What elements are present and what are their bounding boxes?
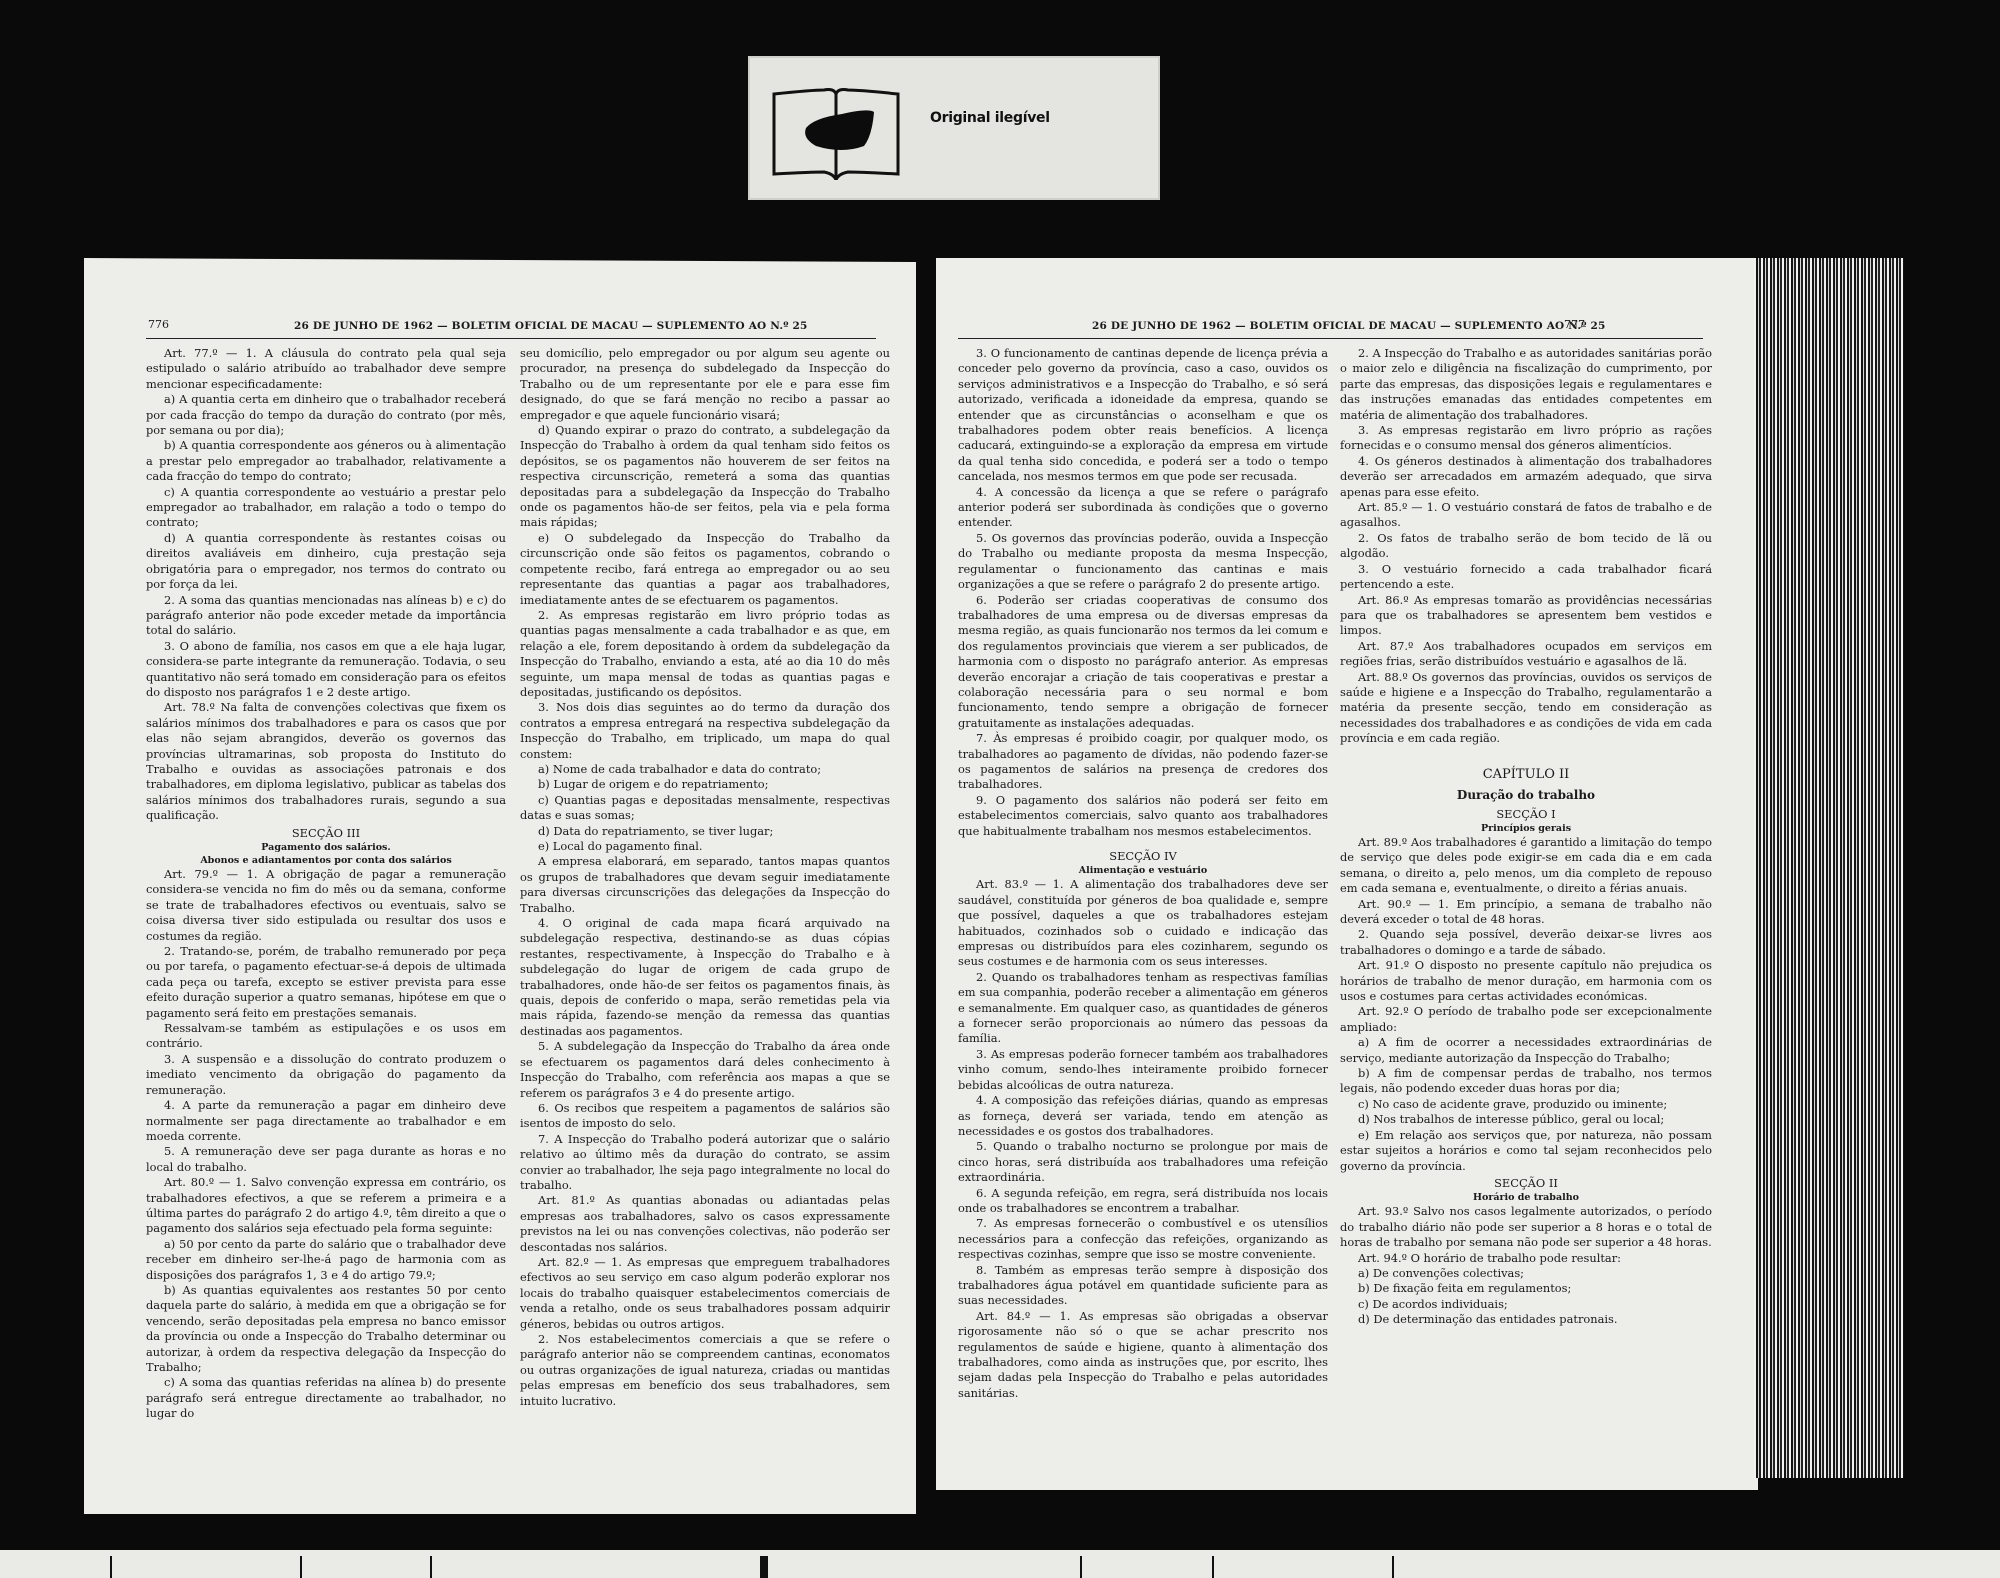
paragraph: Art. 90.º — 1. Em princípio, a semana de… (1340, 897, 1712, 928)
paragraph: a) 50 por cento da parte do salário que … (146, 1237, 506, 1283)
paragraph: Art. 87.º Aos trabalhadores ocupados em … (1340, 639, 1712, 670)
paragraph: Art. 88.º Os governos das províncias, ou… (1340, 670, 1712, 747)
chapter-heading: CAPÍTULO II (1340, 765, 1712, 785)
paragraph: 4. A concessão da licença a que se refer… (958, 485, 1328, 531)
section-subtitle: Princípios gerais (1340, 822, 1712, 835)
paragraph: 2. Nos estabelecimentos comerciais a que… (520, 1332, 890, 1409)
header-rule (958, 338, 1703, 339)
paragraph: 9. O pagamento dos salários não poderá s… (958, 793, 1328, 839)
paragraph: 3. As empresas poderão fornecer também a… (958, 1047, 1328, 1093)
paragraph: 2. Quando seja possível, deverão deixar-… (1340, 927, 1712, 958)
paragraph: d) Data do repatriamento, se tiver lugar… (520, 824, 890, 839)
paragraph: 2. Os fatos de trabalho serão de bom tec… (1340, 531, 1712, 562)
spacer (958, 839, 1328, 847)
paragraph: b) A fim de compensar perdas de trabalho… (1340, 1066, 1712, 1097)
paragraph: d) A quantia correspondente às restantes… (146, 531, 506, 593)
paragraph: b) A quantia correspondente aos géneros … (146, 438, 506, 484)
right-page: 26 DE JUNHO DE 1962 — BOLETIM OFICIAL DE… (936, 258, 1758, 1490)
paragraph: Art. 89.º Aos trabalhadores é garantido … (1340, 835, 1712, 897)
paragraph: d) Quando expirar o prazo do contrato, a… (520, 423, 890, 531)
paragraph: 2. A Inspecção do Trabalho e as autorida… (1340, 346, 1712, 423)
paragraph: 2. As empresas registarão em livro própr… (520, 608, 890, 700)
paragraph: e) Local do pagamento final. (520, 839, 890, 854)
open-book-with-blot-icon (772, 88, 900, 180)
paragraph: b) De fixação feita em regulamentos; (1340, 1281, 1712, 1296)
paragraph: Ressalvam-se também as estipulações e os… (146, 1021, 506, 1052)
paragraph: 3. O abono de família, nos casos em que … (146, 639, 506, 701)
paragraph: seu domicílio, pelo empregador ou por al… (520, 346, 890, 423)
section-subtitle: Abonos e adiantamentos por conta dos sal… (146, 854, 506, 867)
paragraph: c) A soma das quantias referidas na alín… (146, 1375, 506, 1421)
paragraph: 5. A remuneração deve ser paga durante a… (146, 1144, 506, 1175)
paragraph: c) No caso de acidente grave, produzido … (1340, 1097, 1712, 1112)
paragraph: Art. 86.º As empresas tomarão as providê… (1340, 593, 1712, 639)
film-strip-marks (0, 1550, 2000, 1578)
paragraph: Art. 91.º O disposto no presente capítul… (1340, 958, 1712, 1004)
paragraph: 4. A composição das refeições diárias, q… (958, 1093, 1328, 1139)
column-1: Art. 77.º — 1. A cláusula do contrato pe… (146, 346, 506, 1422)
paragraph: d) De determinação das entidades patrona… (1340, 1312, 1712, 1327)
paragraph: 3. Nos dois dias seguintes ao do termo d… (520, 700, 890, 762)
paragraph: d) Nos trabalhos de interesse público, g… (1340, 1112, 1712, 1127)
section-heading: SECÇÃO II (1340, 1176, 1712, 1191)
page-number: 776 (148, 318, 169, 331)
column-2: seu domicílio, pelo empregador ou por al… (520, 346, 890, 1409)
section-subtitle: Pagamento dos salários. (146, 841, 506, 854)
paragraph: Art. 84.º — 1. As empresas são obrigadas… (958, 1309, 1328, 1401)
paragraph: c) A quantia correspondente ao vestuário… (146, 485, 506, 531)
paragraph: A empresa elaborará, em separado, tantos… (520, 854, 890, 916)
paragraph: c) De acordos individuais; (1340, 1297, 1712, 1312)
page-edges (1754, 258, 1904, 1478)
paragraph: e) Em relação aos serviços que, por natu… (1340, 1128, 1712, 1174)
paragraph: a) Nome de cada trabalhador e data do co… (520, 762, 890, 777)
chapter-subtitle: Duração do trabalho (1340, 785, 1712, 805)
paragraph: 4. O original de cada mapa ficará arquiv… (520, 916, 890, 1039)
page-number: 777 (1564, 318, 1585, 331)
paragraph: 5. Quando o trabalho nocturno se prolong… (958, 1139, 1328, 1185)
paragraph: 6. A segunda refeição, em regra, será di… (958, 1186, 1328, 1217)
paragraph: Art. 82.º — 1. As empresas que empreguem… (520, 1255, 890, 1332)
paragraph: 3. As empresas registarão em livro própr… (1340, 423, 1712, 454)
column-2: 2. A Inspecção do Trabalho e as autorida… (1340, 346, 1712, 1328)
gutter (916, 258, 936, 1514)
paragraph: Art. 85.º — 1. O vestuário constará de f… (1340, 500, 1712, 531)
section-heading: SECÇÃO III (146, 826, 506, 841)
paragraph: 3. O vestuário fornecido a cada trabalha… (1340, 562, 1712, 593)
paragraph: 5. Os governos das províncias poderão, o… (958, 531, 1328, 593)
paragraph: Art. 81.º As quantias abonadas ou adiant… (520, 1193, 890, 1255)
paragraph: a) De convenções colectivas; (1340, 1266, 1712, 1281)
paragraph: Art. 79.º — 1. A obrigação de pagar a re… (146, 867, 506, 944)
running-head: 26 DE JUNHO DE 1962 — BOLETIM OFICIAL DE… (294, 320, 808, 332)
header-rule (146, 338, 876, 339)
paragraph: 4. A parte da remuneração a pagar em din… (146, 1098, 506, 1144)
paragraph: 6. Os recibos que respeitem a pagamentos… (520, 1101, 890, 1132)
paragraph: 7. A Inspecção do Trabalho poderá autori… (520, 1132, 890, 1194)
paragraph: Art. 83.º — 1. A alimentação dos trabalh… (958, 877, 1328, 969)
running-head: 26 DE JUNHO DE 1962 — BOLETIM OFICIAL DE… (1092, 320, 1606, 332)
paragraph: b) As quantias equivalentes aos restante… (146, 1283, 506, 1375)
left-page: 776 26 DE JUNHO DE 1962 — BOLETIM OFICIA… (84, 258, 916, 1514)
paragraph: Art. 80.º — 1. Salvo convenção expressa … (146, 1175, 506, 1237)
paragraph: Art. 94.º O horário de trabalho pode res… (1340, 1251, 1712, 1266)
section-subtitle: Alimentação e vestuário (958, 864, 1328, 877)
paragraph: e) O subdelegado da Inspecção do Trabalh… (520, 531, 890, 608)
book-spread: 776 26 DE JUNHO DE 1962 — BOLETIM OFICIA… (84, 258, 1904, 1514)
paragraph: a) A quantia certa em dinheiro que o tra… (146, 392, 506, 438)
paragraph: b) Lugar de origem e do repatriamento; (520, 777, 890, 792)
paragraph: 5. A subdelegação da Inspecção do Trabal… (520, 1039, 890, 1101)
paragraph: 7. As empresas fornecerão o combustível … (958, 1216, 1328, 1262)
paragraph: 2. Tratando-se, porém, de trabalho remun… (146, 944, 506, 1021)
paragraph: 8. Também as empresas terão sempre à dis… (958, 1263, 1328, 1309)
section-subtitle: Horário de trabalho (1340, 1191, 1712, 1204)
paragraph: 3. O funcionamento de cantinas depende d… (958, 346, 1328, 485)
paragraph: 6. Poderão ser criadas cooperativas de c… (958, 593, 1328, 732)
section-heading: SECÇÃO IV (958, 849, 1328, 864)
paragraph: 7. Às empresas é proibido coagir, por qu… (958, 731, 1328, 793)
paragraph: 2. Quando os trabalhadores tenham as res… (958, 970, 1328, 1047)
paragraph: Art. 92.º O período de trabalho pode ser… (1340, 1004, 1712, 1035)
paragraph: Art. 77.º — 1. A cláusula do contrato pe… (146, 346, 506, 392)
illegible-original-target: Original ilegível (748, 56, 1160, 200)
paragraph: a) A fim de ocorrer a necessidades extra… (1340, 1035, 1712, 1066)
paragraph: Art. 78.º Na falta de convenções colecti… (146, 700, 506, 823)
paragraph: 3. A suspensão e a dissolução do contrat… (146, 1052, 506, 1098)
paragraph: 4. Os géneros destinados à alimentação d… (1340, 454, 1712, 500)
illegible-label: Original ilegível (930, 110, 1050, 126)
section-heading: SECÇÃO I (1340, 807, 1712, 822)
column-1: 3. O funcionamento de cantinas depende d… (958, 346, 1328, 1401)
paragraph: 2. A soma das quantias mencionadas nas a… (146, 593, 506, 639)
paragraph: Art. 93.º Salvo nos casos legalmente aut… (1340, 1204, 1712, 1250)
paragraph: c) Quantias pagas e depositadas mensalme… (520, 793, 890, 824)
